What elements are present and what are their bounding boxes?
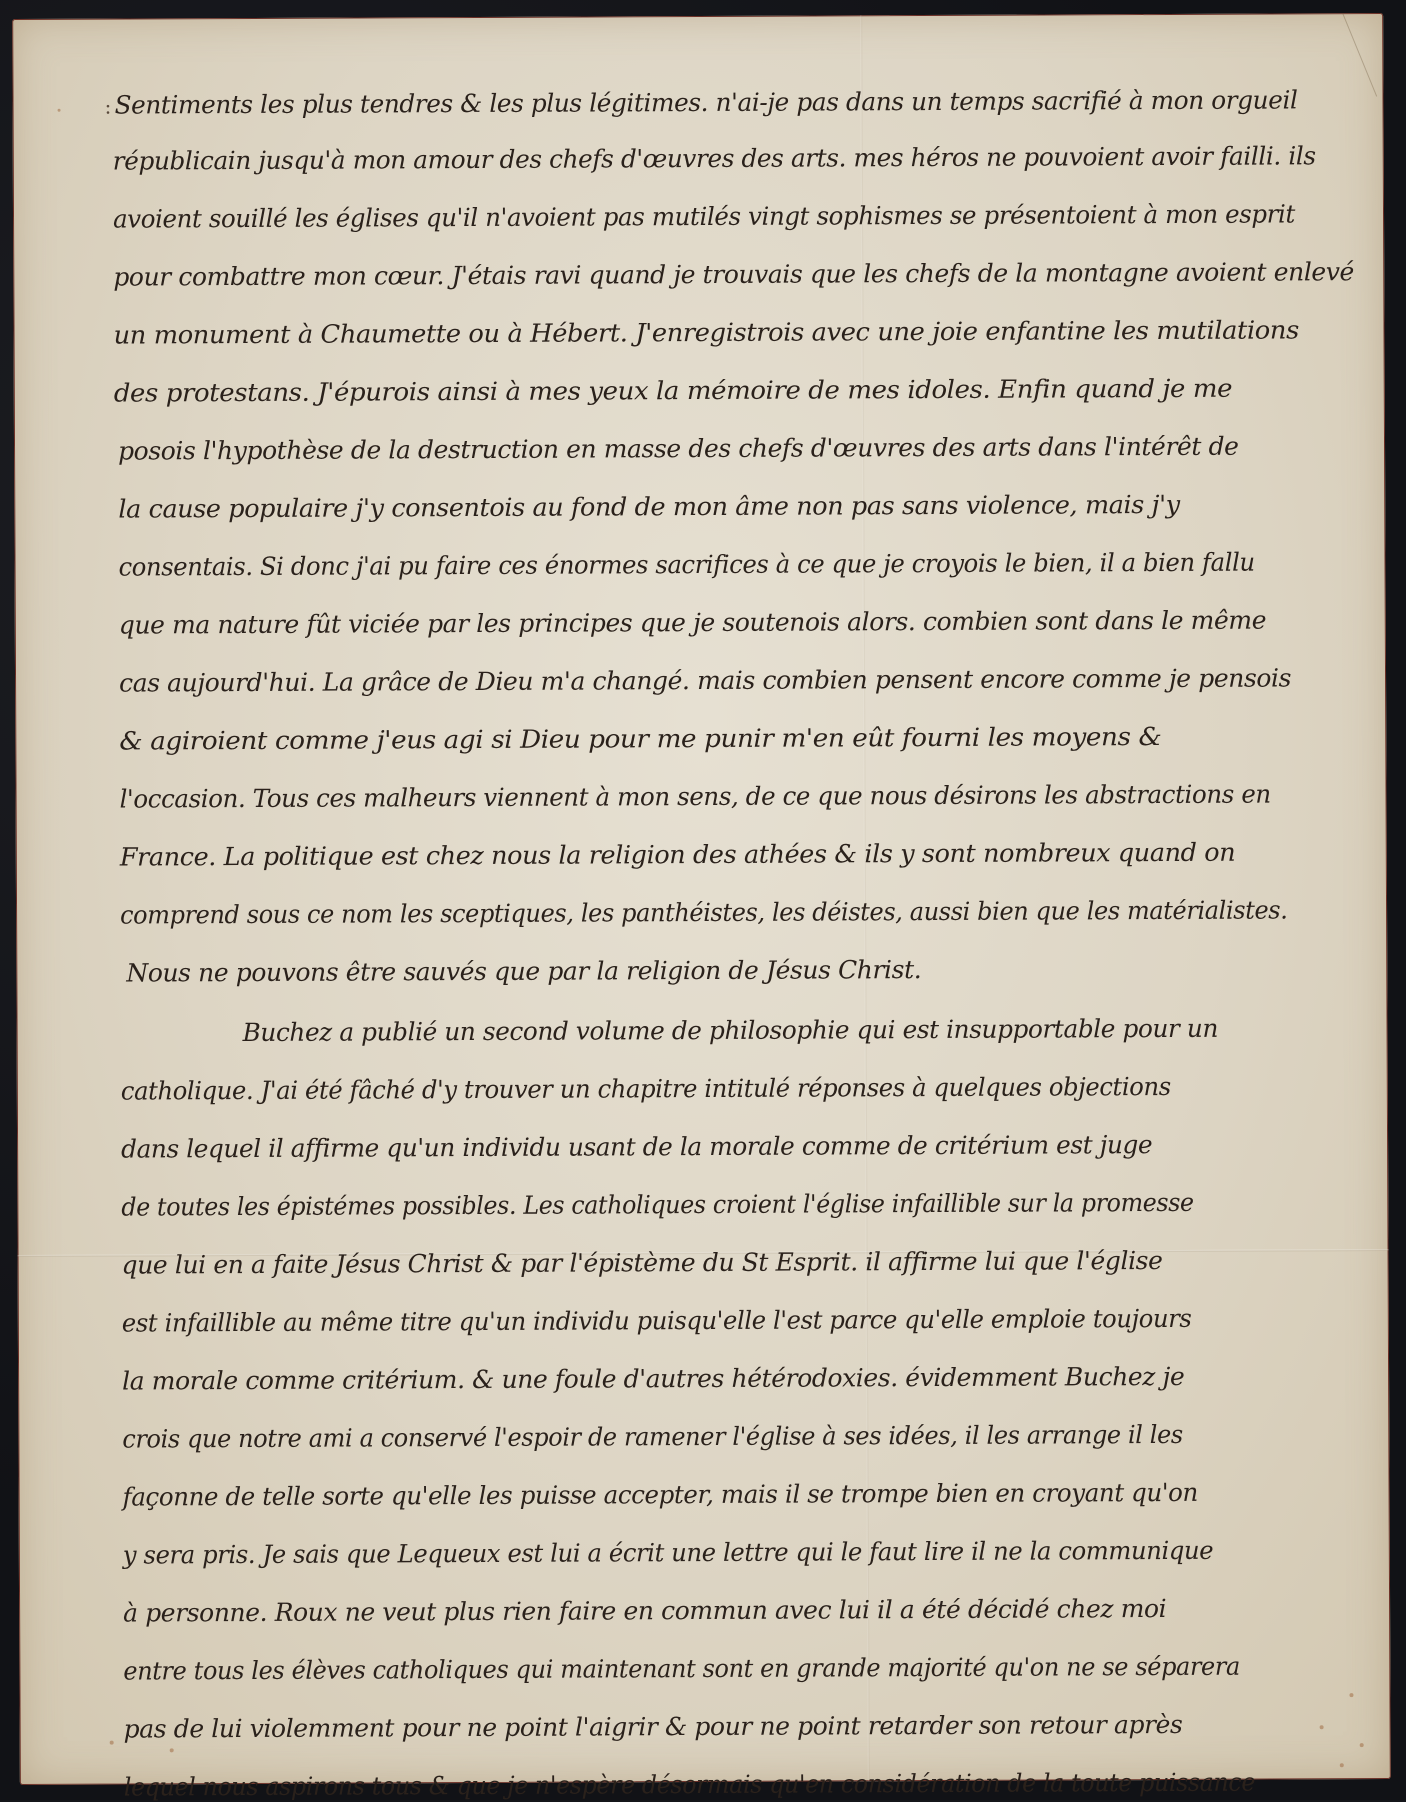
- text-line: Nous ne pouvons être sauvés que par la r…: [126, 955, 921, 987]
- text-line: comprend sous ce nom les sceptiques, les…: [120, 895, 1287, 929]
- text-line: lequel nous aspirons tous & que je n'esp…: [124, 1768, 1255, 1800]
- letter-body: Sentiments les plus tendres & les plus l…: [12, 13, 1391, 1785]
- text-line: est infaillible au même titre qu'un indi…: [122, 1304, 1192, 1338]
- text-line: la morale comme critérium. & une foule d…: [122, 1362, 1184, 1396]
- text-line: l'occasion. Tous ces malheurs viennent à…: [119, 780, 1270, 814]
- text-line: crois que notre ami a conservé l'espoir …: [122, 1420, 1183, 1454]
- text-line: entre tous les élèves catholiques qui ma…: [123, 1652, 1240, 1686]
- text-line: républicain jusqu'à mon amour des chefs …: [113, 141, 1316, 175]
- text-line: que lui en a faite Jésus Christ & par l'…: [122, 1246, 1163, 1280]
- text-line: de toutes les épistémes possibles. Les c…: [121, 1188, 1193, 1222]
- text-line: des protestans. J'épurois ainsi à mes ye…: [114, 374, 1232, 408]
- text-line: à personne. Roux ne veut plus rien faire…: [123, 1594, 1166, 1628]
- text-line: que ma nature fût viciée par les princip…: [119, 606, 1266, 640]
- text-line: pour combattre mon cœur. J'étais ravi qu…: [113, 257, 1354, 291]
- text-line: catholique. J'ai été fâché d'y trouver u…: [121, 1072, 1171, 1106]
- letter-page: : Sentiments les plus tendres & les plus…: [12, 13, 1391, 1785]
- text-line: Sentiments les plus tendres & les plus l…: [114, 85, 1297, 119]
- text-line: & agiroient comme j'eus agi si Dieu pour…: [119, 722, 1161, 756]
- text-line: façonne de telle sorte qu'elle les puiss…: [123, 1478, 1198, 1512]
- text-line: dans lequel il affirme qu'un individu us…: [121, 1130, 1152, 1163]
- text-line: Buchez a publié un second volume de phil…: [243, 1014, 1219, 1047]
- text-line: pas de lui violemment pour ne point l'ai…: [124, 1710, 1183, 1744]
- text-line: cas aujourd'hui. La grâce de Dieu m'a ch…: [119, 663, 1291, 697]
- text-line: y sera pris. Je sais que Lequeux est lui…: [123, 1536, 1213, 1570]
- text-line: consentais. Si donc j'ai pu faire ces én…: [118, 548, 1254, 582]
- text-line: posois l'hypothèse de la destruction en …: [118, 432, 1239, 466]
- text-line: un monument à Chaumette ou à Hébert. J'e…: [113, 315, 1298, 349]
- text-line: la cause populaire j'y consentois au fon…: [118, 490, 1180, 524]
- text-line: avoient souillé les églises qu'il n'avoi…: [113, 199, 1295, 233]
- text-line: France. La politique est chez nous la re…: [120, 838, 1235, 872]
